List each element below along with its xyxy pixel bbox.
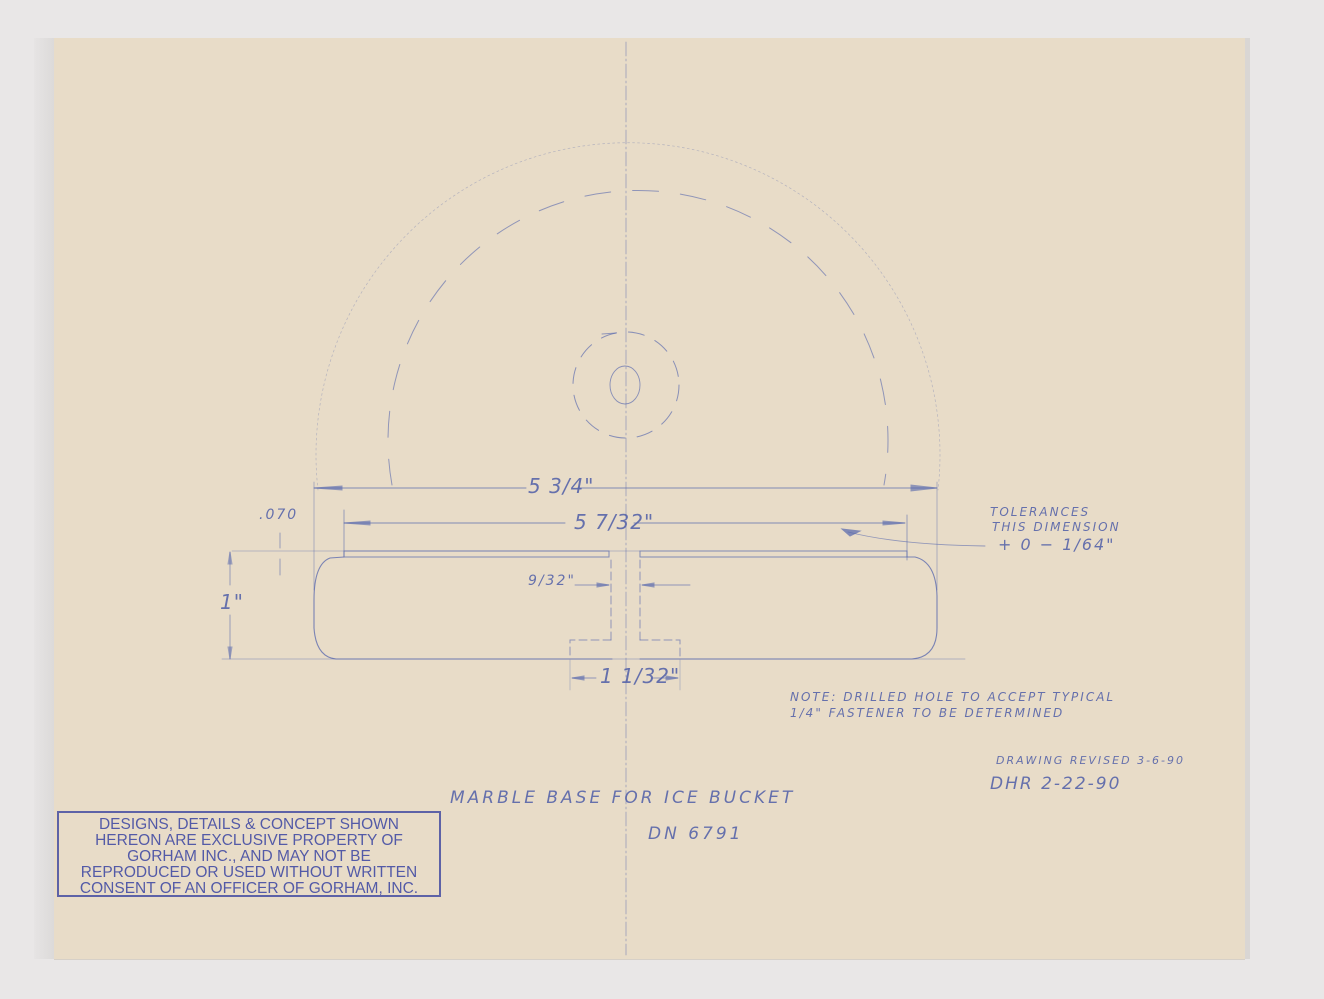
dim-label-bore-offset: 9/32" — [528, 573, 576, 589]
proprietary-stamp: DESIGNS, DETAILS & CONCEPT SHOWN HEREON … — [57, 811, 441, 897]
tolerance-label-line3: + 0 − 1/64" — [998, 535, 1116, 554]
hole-circle — [610, 366, 640, 404]
recess-lip-left — [344, 551, 609, 557]
note-line2: 1/4" FASTENER TO BE DETERMINED — [790, 706, 1064, 720]
dim-label-recess-width: 5 7/32" — [574, 510, 654, 534]
dim-label-recess-depth: .070 — [259, 507, 298, 523]
stamp-line: GORHAM INC., AND MAY NOT BE — [59, 849, 439, 865]
tolerance-label-line2: THIS DIMENSION — [992, 520, 1121, 534]
stamp-line: HEREON ARE EXCLUSIVE PROPERTY OF — [59, 833, 439, 849]
revision-date: DRAWING REVISED 3-6-90 — [996, 754, 1185, 767]
drawing-number: DN 6791 — [648, 824, 743, 844]
dim-label-counterbore-width: 1 1/32" — [600, 664, 680, 688]
dim-label-height: 1" — [220, 590, 244, 614]
stamp-line: DESIGNS, DETAILS & CONCEPT SHOWN — [59, 817, 439, 833]
drawing-title: MARBLE BASE FOR ICE BUCKET — [450, 788, 795, 808]
dim-label-overall-width: 5 3/4" — [528, 474, 594, 498]
outer-circle-arc — [316, 143, 940, 490]
inner-circle-arc — [388, 190, 888, 485]
stamp-line: REPRODUCED OR USED WITHOUT WRITTEN — [59, 865, 439, 881]
note-line1: NOTE: DRILLED HOLE TO ACCEPT TYPICAL — [790, 690, 1115, 704]
recess-lip-right — [640, 551, 907, 557]
base-body-outline — [314, 557, 937, 659]
counterbore-outline — [570, 640, 680, 659]
stamp-line: CONSENT OF AN OFFICER OF GORHAM, INC. — [59, 881, 439, 897]
tolerance-label-line1: TOLERANCES — [990, 505, 1090, 519]
tolerance-leader — [848, 532, 985, 546]
author-date: DHR 2-22-90 — [990, 774, 1121, 794]
